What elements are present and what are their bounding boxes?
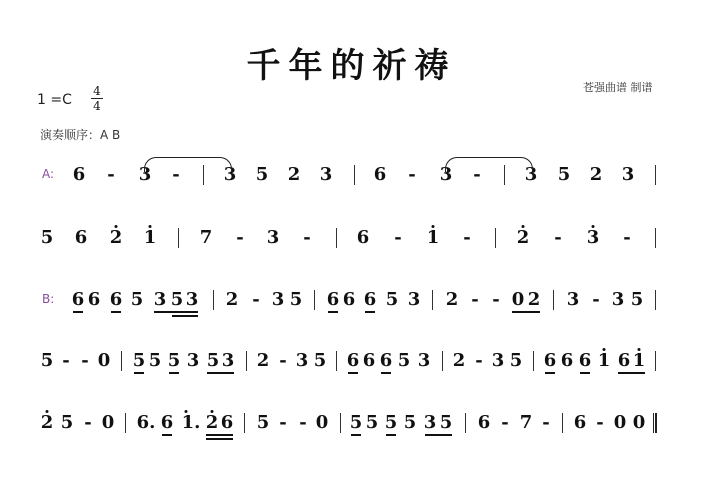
note: 5 bbox=[386, 290, 399, 310]
note: 3 bbox=[424, 413, 437, 433]
barline bbox=[314, 290, 315, 310]
note: 0 bbox=[633, 413, 646, 433]
section-label-b: B: bbox=[42, 292, 54, 306]
note-dotted: 6. bbox=[137, 413, 156, 433]
note-high: 1 bbox=[144, 228, 157, 248]
score-row-3: B: 6 6 6 5 3 5 3 2 - 3 5 6 6 6 5 3 2 - -… bbox=[0, 290, 703, 330]
note: 6 bbox=[364, 290, 377, 310]
barline bbox=[336, 228, 337, 248]
dash: - bbox=[252, 290, 259, 310]
underline bbox=[169, 372, 179, 374]
note-high: 2 bbox=[41, 413, 54, 433]
note: 6 bbox=[327, 290, 340, 310]
note: 3 bbox=[408, 290, 421, 310]
high-octave-dot bbox=[592, 225, 595, 228]
play-order: 演奏顺序：A B bbox=[40, 126, 120, 143]
barline bbox=[246, 351, 247, 371]
note: 5 bbox=[404, 413, 417, 433]
note: 2 bbox=[226, 290, 239, 310]
note: 5 bbox=[350, 413, 363, 433]
dash: - bbox=[394, 228, 401, 248]
high-octave-dot bbox=[115, 225, 118, 228]
note: 5 bbox=[366, 413, 379, 433]
time-signature: 4 4 bbox=[91, 84, 103, 113]
dash: - bbox=[501, 413, 508, 433]
barline bbox=[432, 290, 433, 310]
note-high: 3 bbox=[587, 228, 600, 248]
underline-double bbox=[172, 315, 198, 317]
dash: - bbox=[107, 165, 114, 185]
underline bbox=[348, 372, 358, 374]
key-signature: 1 =C bbox=[37, 92, 72, 108]
barline bbox=[655, 228, 656, 248]
note: 5 bbox=[631, 290, 644, 310]
barline bbox=[340, 413, 341, 433]
high-octave-dot bbox=[46, 410, 49, 413]
note-high: 1 bbox=[427, 228, 440, 248]
underline bbox=[351, 434, 361, 436]
note: 6 bbox=[73, 165, 86, 185]
note: 6 bbox=[347, 351, 360, 371]
note: 5 bbox=[314, 351, 327, 371]
underline bbox=[386, 434, 396, 436]
note: 3 bbox=[622, 165, 635, 185]
note: 5 bbox=[398, 351, 411, 371]
note: 0 bbox=[512, 290, 525, 310]
underline bbox=[73, 311, 83, 313]
high-octave-dot bbox=[185, 410, 188, 413]
note: 5 bbox=[207, 351, 220, 371]
note: 6 bbox=[88, 290, 101, 310]
note: 5 bbox=[558, 165, 571, 185]
underline bbox=[512, 311, 540, 313]
barline bbox=[562, 413, 563, 433]
note-high: 2 bbox=[517, 228, 530, 248]
dash: - bbox=[542, 413, 549, 433]
final-barline bbox=[653, 413, 657, 433]
barline bbox=[553, 290, 554, 310]
barline bbox=[533, 351, 534, 371]
note: 6 bbox=[72, 290, 85, 310]
underline bbox=[206, 434, 233, 436]
underline bbox=[162, 434, 172, 436]
dash: - bbox=[303, 228, 310, 248]
note: 7 bbox=[520, 413, 533, 433]
note: 6 bbox=[110, 290, 123, 310]
note: 2 bbox=[528, 290, 541, 310]
dash: - bbox=[463, 228, 470, 248]
high-octave-dot bbox=[603, 348, 606, 351]
barline bbox=[655, 351, 656, 371]
note: 6 bbox=[374, 165, 387, 185]
dash: - bbox=[279, 351, 286, 371]
note: 5 bbox=[168, 351, 181, 371]
underline bbox=[618, 372, 645, 374]
note: 5 bbox=[385, 413, 398, 433]
note: 2 bbox=[288, 165, 301, 185]
score-row-4: 5 - - 0 5 5 5 3 5 3 2 - 3 5 6 6 6 5 3 2 … bbox=[0, 351, 703, 391]
dash: - bbox=[62, 351, 69, 371]
barline bbox=[495, 228, 496, 248]
dash: - bbox=[596, 413, 603, 433]
high-octave-dot bbox=[149, 225, 152, 228]
note: 5 bbox=[440, 413, 453, 433]
barline bbox=[244, 413, 245, 433]
score-row-5: 2 5 - 0 6. 6 1. 2 6 5 - - 0 5 5 5 5 3 5 … bbox=[0, 413, 703, 453]
note: 6 bbox=[363, 351, 376, 371]
note: 0 bbox=[98, 351, 111, 371]
note: 3 bbox=[187, 351, 200, 371]
underline bbox=[381, 372, 391, 374]
note: 6 bbox=[478, 413, 491, 433]
note: 6 bbox=[579, 351, 592, 371]
note: 5 bbox=[290, 290, 303, 310]
note: 3 bbox=[320, 165, 333, 185]
underline bbox=[154, 311, 198, 313]
barline bbox=[213, 290, 214, 310]
barline bbox=[336, 351, 337, 371]
note: 3 bbox=[154, 290, 167, 310]
barline bbox=[442, 351, 443, 371]
dash: - bbox=[279, 413, 286, 433]
note: 3 bbox=[612, 290, 625, 310]
barline bbox=[655, 165, 656, 185]
note: 0 bbox=[102, 413, 115, 433]
note: 5 bbox=[257, 413, 270, 433]
note: 5 bbox=[41, 351, 54, 371]
note: 6 bbox=[544, 351, 557, 371]
note: 5 bbox=[149, 351, 162, 371]
underline bbox=[207, 372, 234, 374]
section-label-a: A: bbox=[42, 167, 54, 181]
score-row-2: 5 6 2 1 7 - 3 - 6 - 1 - 2 - 3 - bbox=[0, 228, 703, 268]
note: 3 bbox=[296, 351, 309, 371]
score-row-1: A: 6 - 3 - 3 5 2 3 6 - 3 - 3 5 2 3 bbox=[0, 165, 703, 205]
note: 5 bbox=[133, 351, 146, 371]
underline bbox=[545, 372, 555, 374]
note: 3 bbox=[418, 351, 431, 371]
note: 2 bbox=[453, 351, 466, 371]
barline bbox=[655, 290, 656, 310]
underline bbox=[111, 311, 121, 313]
dash: - bbox=[408, 165, 415, 185]
dash: - bbox=[299, 413, 306, 433]
barline bbox=[178, 228, 179, 248]
note: 0 bbox=[614, 413, 627, 433]
note: 5 bbox=[171, 290, 184, 310]
tie-arc bbox=[445, 157, 533, 172]
high-octave-dot bbox=[522, 225, 525, 228]
high-octave-dot bbox=[211, 410, 214, 413]
note: 3 bbox=[272, 290, 285, 310]
barline bbox=[125, 413, 126, 433]
time-sig-bottom: 4 bbox=[93, 99, 101, 113]
dash: - bbox=[554, 228, 561, 248]
note: 5 bbox=[41, 228, 54, 248]
note: 6 bbox=[221, 413, 234, 433]
note: 7 bbox=[200, 228, 213, 248]
note: 6 bbox=[618, 351, 631, 371]
note-high: 1 bbox=[598, 351, 611, 371]
note: 3 bbox=[567, 290, 580, 310]
barline bbox=[354, 165, 355, 185]
note: 3 bbox=[267, 228, 280, 248]
dash: - bbox=[81, 351, 88, 371]
note: 5 bbox=[256, 165, 269, 185]
note: 3 bbox=[186, 290, 199, 310]
note-high: 2 bbox=[206, 413, 219, 433]
dash: - bbox=[236, 228, 243, 248]
note: 6 bbox=[380, 351, 393, 371]
note: 2 bbox=[590, 165, 603, 185]
time-sig-top: 4 bbox=[91, 84, 103, 99]
underline bbox=[365, 311, 375, 313]
note: 6 bbox=[561, 351, 574, 371]
note: 5 bbox=[510, 351, 523, 371]
note: 2 bbox=[446, 290, 459, 310]
underline bbox=[580, 372, 590, 374]
note: 6 bbox=[357, 228, 370, 248]
note: 6 bbox=[574, 413, 587, 433]
dash: - bbox=[623, 228, 630, 248]
underline bbox=[328, 311, 338, 313]
note-high-dotted: 1. bbox=[182, 413, 201, 433]
note: 6 bbox=[161, 413, 174, 433]
dash: - bbox=[84, 413, 91, 433]
note: 2 bbox=[257, 351, 270, 371]
note: 6 bbox=[343, 290, 356, 310]
note: 3 bbox=[492, 351, 505, 371]
note: 5 bbox=[61, 413, 74, 433]
note: 5 bbox=[131, 290, 144, 310]
high-octave-dot bbox=[638, 348, 641, 351]
note-high: 1 bbox=[633, 351, 646, 371]
high-octave-dot bbox=[432, 225, 435, 228]
underline-double bbox=[206, 438, 233, 440]
dash: - bbox=[475, 351, 482, 371]
dash: - bbox=[471, 290, 478, 310]
author-credit: 苍强曲谱 制谱 bbox=[583, 79, 653, 95]
barline bbox=[465, 413, 466, 433]
dash: - bbox=[492, 290, 499, 310]
underline bbox=[425, 434, 452, 436]
underline bbox=[134, 372, 144, 374]
tie-arc bbox=[144, 157, 232, 172]
note: 0 bbox=[316, 413, 329, 433]
dash: - bbox=[592, 290, 599, 310]
note-high: 2 bbox=[110, 228, 123, 248]
barline bbox=[121, 351, 122, 371]
note: 6 bbox=[75, 228, 88, 248]
note: 3 bbox=[222, 351, 235, 371]
